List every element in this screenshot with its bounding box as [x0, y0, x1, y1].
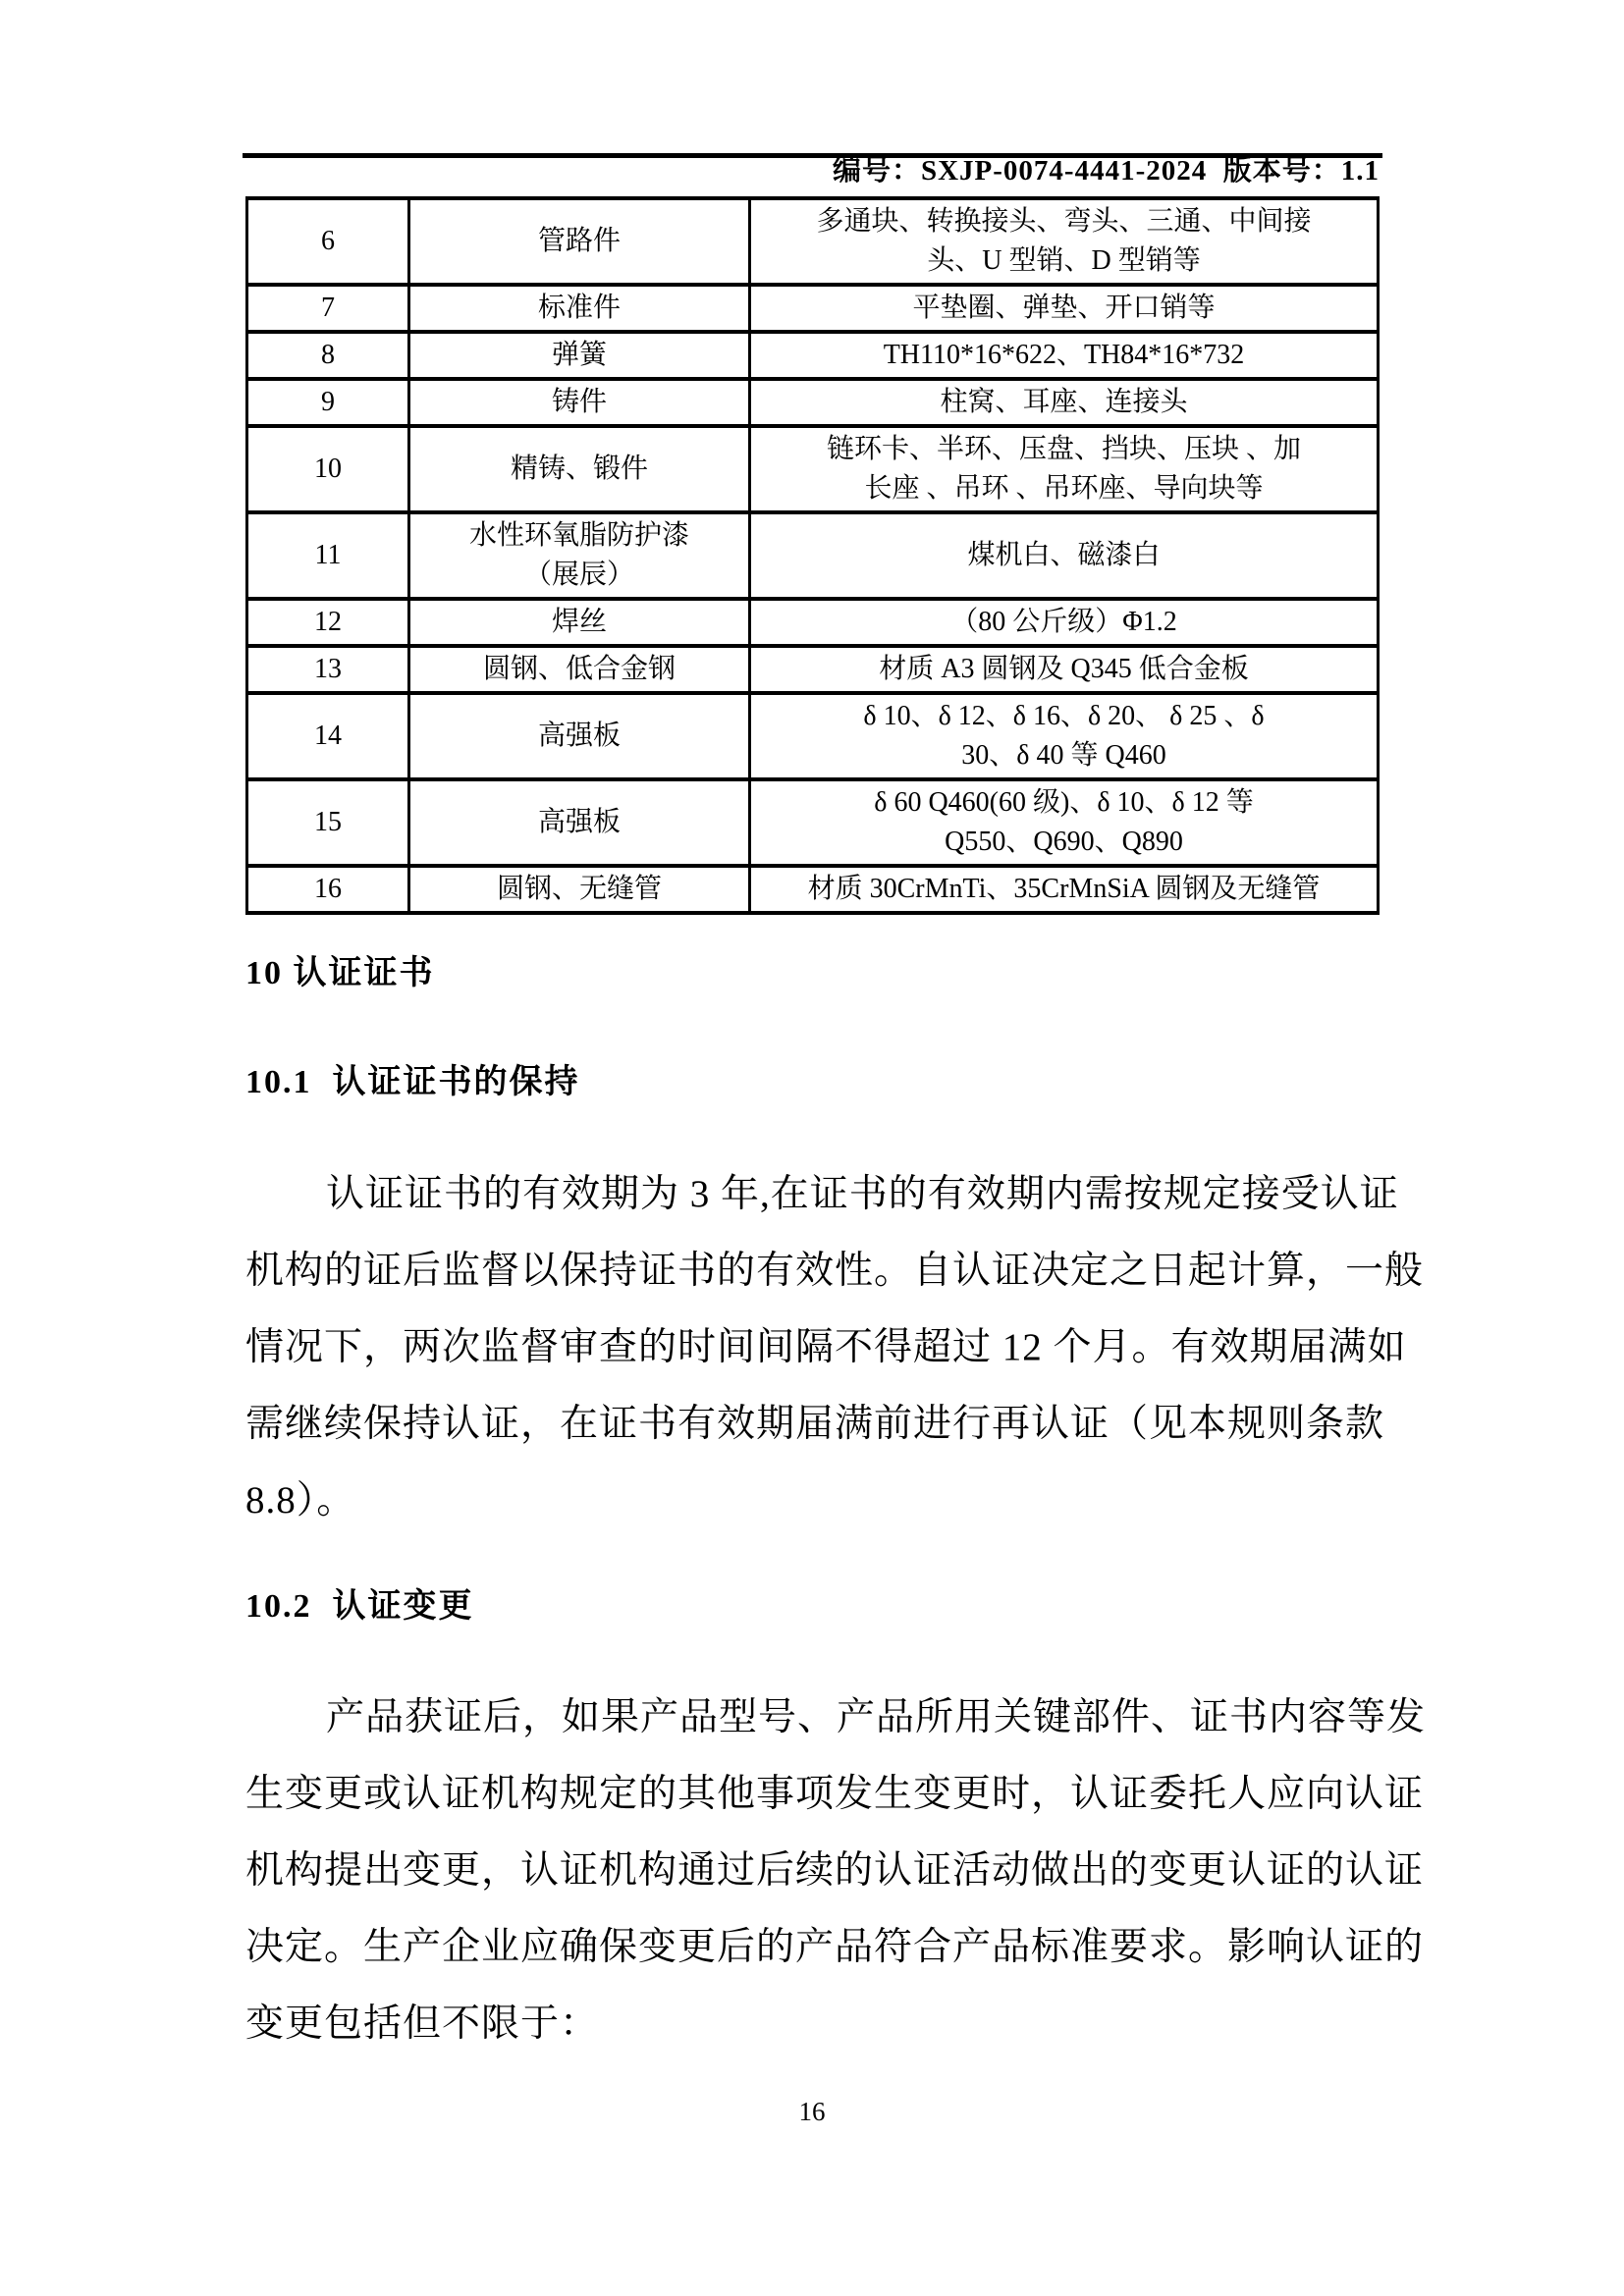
table-row: 7标准件平垫圈、弹垫、开口销等 — [247, 285, 1379, 332]
paragraph-line: 产品获证后，如果产品型号、产品所用关键部件、证书内容等发 — [245, 1680, 1483, 1756]
component-spec-cell: 平垫圈、弹垫、开口销等 — [750, 285, 1379, 332]
table-row: 15高强板δ 60 Q460(60 级)、δ 10、δ 12 等 Q550、Q6… — [247, 779, 1379, 866]
table-row: 16圆钢、无缝管材质 30CrMnTi、35CrMnSiA 圆钢及无缝管 — [247, 866, 1379, 913]
component-name-cell: 精铸、锻件 — [409, 426, 750, 512]
header-rule — [243, 153, 1382, 158]
component-spec-cell: 煤机白、磁漆白 — [750, 512, 1379, 599]
section-heading-10-2: 10.2 认证变更 — [245, 1590, 474, 1624]
row-number-cell: 16 — [247, 866, 409, 913]
component-spec-cell: 链环卡、半环、压盘、挡块、压块 、加 长座 、吊环 、吊环座、导向块等 — [750, 426, 1379, 512]
component-spec-cell: 柱窝、耳座、连接头 — [750, 379, 1379, 426]
component-name-cell: 高强板 — [409, 693, 750, 779]
row-number-cell: 15 — [247, 779, 409, 866]
component-spec-cell: 材质 30CrMnTi、35CrMnSiA 圆钢及无缝管 — [750, 866, 1379, 913]
component-name-cell: 铸件 — [409, 379, 750, 426]
component-name-cell: 弹簧 — [409, 332, 750, 379]
component-name-cell: 圆钢、无缝管 — [409, 866, 750, 913]
row-number-cell: 7 — [247, 285, 409, 332]
document-page: 编号：SXJP-0074-4441-2024 版本号：1.1 6管路件多通块、转… — [0, 0, 1624, 2296]
table-row: 12焊丝（80 公斤级）Φ1.2 — [247, 599, 1379, 646]
component-spec-cell: TH110*16*622、TH84*16*732 — [750, 332, 1379, 379]
row-number-cell: 12 — [247, 599, 409, 646]
paragraph-line: 需继续保持认证，在证书有效期届满前进行再认证（见本规则条款 — [245, 1386, 1483, 1463]
row-number-cell: 14 — [247, 693, 409, 779]
key-components-table: 6管路件多通块、转换接头、弯头、三通、中间接 头、U 型销、D 型销等7标准件平… — [245, 196, 1380, 915]
paragraph-line: 机构提出变更，认证机构通过后续的认证活动做出的变更认证的认证 — [245, 1833, 1483, 1909]
component-spec-cell: 多通块、转换接头、弯头、三通、中间接 头、U 型销、D 型销等 — [750, 198, 1379, 285]
paragraph-10-1: 认证证书的有效期为 3 年,在证书的有效期内需按规定接受认证机构的证后监督以保持… — [245, 1156, 1483, 1539]
section-heading-10: 10 认证证书 — [245, 957, 435, 990]
component-name-cell: 标准件 — [409, 285, 750, 332]
component-name-cell: 圆钢、低合金钢 — [409, 646, 750, 693]
table-row: 6管路件多通块、转换接头、弯头、三通、中间接 头、U 型销、D 型销等 — [247, 198, 1379, 285]
table-row: 8弹簧TH110*16*622、TH84*16*732 — [247, 332, 1379, 379]
table-row: 9铸件柱窝、耳座、连接头 — [247, 379, 1379, 426]
doc-number-text: 编号：SXJP-0074-4441-2024 版本号：1.1 — [833, 155, 1380, 187]
table-row: 14高强板δ 10、δ 12、δ 16、δ 20、 δ 25 、δ 30、δ 4… — [247, 693, 1379, 779]
paragraph-line: 机构的证后监督以保持证书的有效性。自认证决定之日起计算，一般 — [245, 1233, 1483, 1309]
paragraph-line: 情况下，两次监督审查的时间间隔不得超过 12 个月。有效期届满如 — [245, 1309, 1483, 1386]
component-spec-cell: （80 公斤级）Φ1.2 — [750, 599, 1379, 646]
paragraph-line: 决定。生产企业应确保变更后的产品符合产品标准要求。影响认证的 — [245, 1909, 1483, 1986]
paragraph-line: 生变更或认证机构规定的其他事项发生变更时，认证委托人应向认证 — [245, 1756, 1483, 1833]
row-number-cell: 13 — [247, 646, 409, 693]
component-name-cell: 管路件 — [409, 198, 750, 285]
component-name-cell: 焊丝 — [409, 599, 750, 646]
row-number-cell: 10 — [247, 426, 409, 512]
paragraph-line: 变更包括但不限于： — [245, 1986, 1483, 2062]
table-row: 11水性环氧脂防护漆 （展辰）煤机白、磁漆白 — [247, 512, 1379, 599]
component-name-cell: 高强板 — [409, 779, 750, 866]
component-spec-cell: 材质 A3 圆钢及 Q345 低合金板 — [750, 646, 1379, 693]
table-row: 13圆钢、低合金钢材质 A3 圆钢及 Q345 低合金板 — [247, 646, 1379, 693]
table-row: 10精铸、锻件链环卡、半环、压盘、挡块、压块 、加 长座 、吊环 、吊环座、导向… — [247, 426, 1379, 512]
section-heading-10-1: 10.1 认证证书的保持 — [245, 1066, 580, 1099]
paragraph-10-2: 产品获证后，如果产品型号、产品所用关键部件、证书内容等发生变更或认证机构规定的其… — [245, 1680, 1483, 2062]
page-number: 16 — [0, 2097, 1624, 2127]
component-spec-cell: δ 60 Q460(60 级)、δ 10、δ 12 等 Q550、Q690、Q8… — [750, 779, 1379, 866]
row-number-cell: 8 — [247, 332, 409, 379]
component-spec-cell: δ 10、δ 12、δ 16、δ 20、 δ 25 、δ 30、δ 40 等 Q… — [750, 693, 1379, 779]
row-number-cell: 9 — [247, 379, 409, 426]
component-name-cell: 水性环氧脂防护漆 （展辰） — [409, 512, 750, 599]
paragraph-line: 认证证书的有效期为 3 年,在证书的有效期内需按规定接受认证 — [245, 1156, 1483, 1233]
row-number-cell: 11 — [247, 512, 409, 599]
row-number-cell: 6 — [247, 198, 409, 285]
paragraph-line: 8.8）。 — [245, 1463, 1483, 1539]
